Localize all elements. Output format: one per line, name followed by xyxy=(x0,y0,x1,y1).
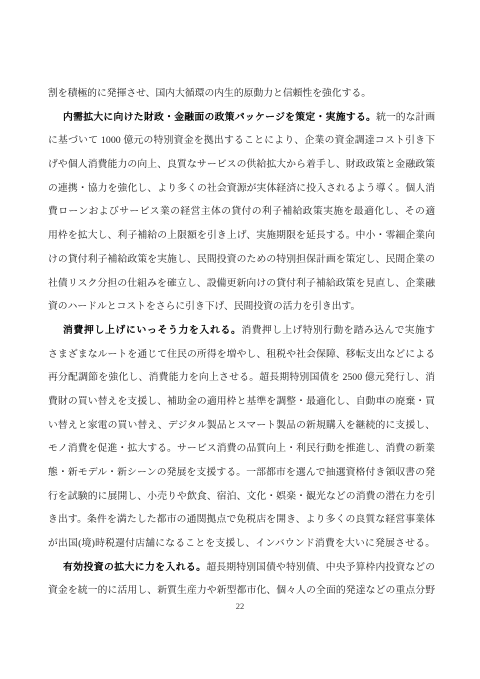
text-line: けの貸付利子補給政策を実施し、民間投資のための特別担保計画を策定し、民間企業の xyxy=(48,248,435,272)
text-line: さまざまなルートを通じて住民の所得を増やし、租税や社会保障、移転支出などによる xyxy=(48,343,435,367)
text-line: 割を積極的に発揮させ、国内大循環の内生的原動力と信頼性を強化する。 xyxy=(48,82,435,106)
bold-lead-in: 消費押し上げにいっそう力を入れる。 xyxy=(63,325,242,336)
text-line: 費財の買い替えを支援し、補助金の適用枠と基準を調整・最適化し、自動車の廃棄・買 xyxy=(48,390,435,414)
text-line: が出国(境)時税還付店舗になることを支援し、インバウンド消費を大いに発展させる。 xyxy=(48,532,435,556)
text-line: 用枠を拡大し、利子補給の上限額を引き上げ、実施期限を延長する。中小・零細企業向 xyxy=(48,224,435,248)
text-line: 社債リスク分担の仕組みを確立し、設備更新向けの貸付利子補給政策を見直し、企業融 xyxy=(48,272,435,296)
text-line: き出す。条件を満たした都市の通関拠点で免税店を開き、より多くの良質な経営事業体 xyxy=(48,508,435,532)
page-number-label: 22 xyxy=(0,601,480,611)
text-line: 消費押し上げにいっそう力を入れる。消費押し上げ特別行動を踏み込んで実施する。 xyxy=(48,319,435,343)
text-line: 資のハードルとコストをさらに引き下げ、民間投資の活力を引き出す。 xyxy=(48,295,435,319)
text-line: モノ消費を促進・拡大する。サービス消費の品質向上・利民行動を推進し、消費の新業 xyxy=(48,437,435,461)
text-line: 有効投資の拡大に力を入れる。超長期特別国債や特別債、中央予算枠内投資などの xyxy=(48,556,435,580)
text-line: 資金を統一的に活用し、新質生産力や新型都市化、個々人の全面的発達などの重点分野 xyxy=(48,579,435,603)
bold-lead-in: 内需拡大に向けた財政・金融面の政策パッケージを策定・実施する。 xyxy=(63,112,376,123)
text-line: の連携・協力を強化し、より多くの社会資源が実体経済に投入されるよう導く。個人消 xyxy=(48,177,435,201)
bold-lead-in: 有効投資の拡大に力を入れる。 xyxy=(63,562,206,573)
text-line: 行を試験的に展開し、小売りや飲食、宿泊、文化・娯楽・観光などの消費の潜在力を引 xyxy=(48,485,435,509)
document-page: 割を積極的に発揮させ、国内大循環の内生的原動力と信頼性を強化する。内需拡大に向け… xyxy=(0,0,480,679)
text-line: い替えと家電の買い替え、デジタル製品とスマート製品の新規購入を継続的に支援し、 xyxy=(48,414,435,438)
text-line: 費ローンおよびサービス業の経営主体の貸付の利子補給政策実施を最適化し、その適 xyxy=(48,200,435,224)
text-line: 態・新モデル・新シーンの発展を支援する。一部都市を選んで抽選資格付き領収書の発 xyxy=(48,461,435,485)
text-line: 内需拡大に向けた財政・金融面の政策パッケージを策定・実施する。統一的な計画 xyxy=(48,106,435,130)
text-line: 再分配調節を強化し、消費能力を向上させる。超長期特別国債を 2500 億元発行し… xyxy=(48,366,435,390)
document-body: 割を積極的に発揮させ、国内大循環の内生的原動力と信頼性を強化する。内需拡大に向け… xyxy=(48,82,435,603)
text-line: に基づいて 1000 億元の特別資金を拠出することにより、企業の資金調達コスト引… xyxy=(48,129,435,153)
text-line: げや個人消費能力の向上、良質なサービスの供給拡大から着手し、財政政策と金融政策 xyxy=(48,153,435,177)
